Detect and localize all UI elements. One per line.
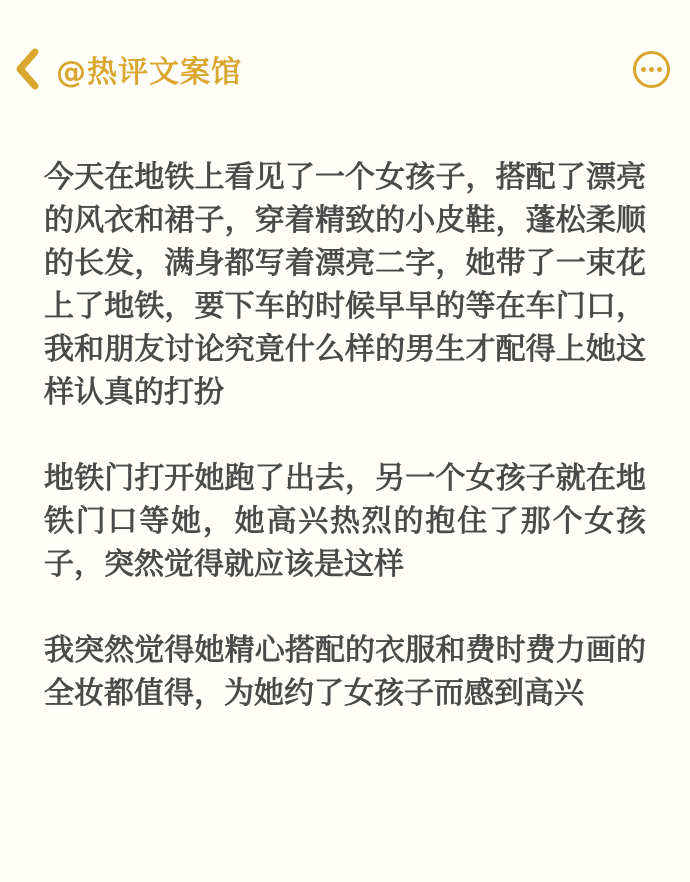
ellipsis-circle-icon (641, 67, 662, 72)
more-options-button[interactable] (633, 51, 670, 88)
account-title: @热评文案馆 (56, 47, 242, 91)
text-post-card: @热评文案馆 今天在地铁上看见了一个女孩子，搭配了漂亮的风衣和裙子，穿着精致的小… (0, 0, 690, 882)
paragraph-3: 我突然觉得她精心搭配的衣服和费时费力画的全妆都值得，为她约了女孩子而感到高兴 (44, 629, 646, 715)
post-body: 今天在地铁上看见了一个女孩子，搭配了漂亮的风衣和裙子，穿着精致的小皮鞋，蓬松柔顺… (0, 156, 690, 715)
paragraph-2: 地铁门打开她跑了出去，另一个女孩子就在地铁门口等她，她高兴热烈的抱住了那个女孩子… (44, 457, 646, 586)
back-button[interactable] (14, 47, 44, 91)
header: @热评文案馆 (0, 0, 690, 92)
paragraph-1: 今天在地铁上看见了一个女孩子，搭配了漂亮的风衣和裙子，穿着精致的小皮鞋，蓬松柔顺… (44, 156, 646, 414)
chevron-left-icon (14, 48, 40, 90)
